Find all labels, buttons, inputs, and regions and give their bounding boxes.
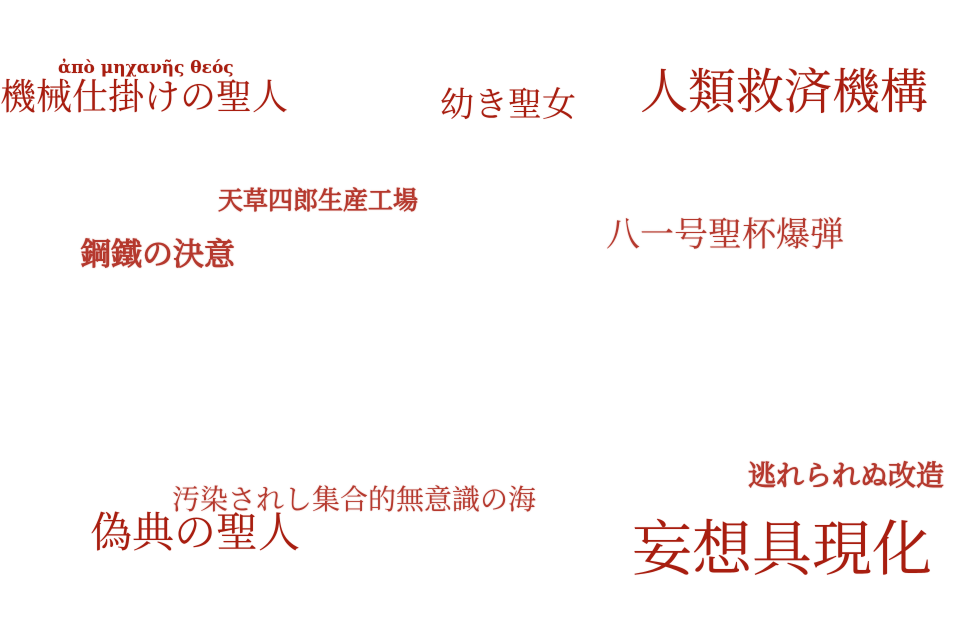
steel-resolve-label: 鋼鐵の決意 xyxy=(80,240,235,271)
amakusa-factory-label: 天草四郎生産工場 xyxy=(218,188,418,213)
greek-subtitle-label: ἀπὸ μηχανῆς θεός xyxy=(58,60,234,77)
grail-bomb-label: 八一号聖杯爆弾 xyxy=(606,218,844,252)
young-saint-label: 幼き聖女 xyxy=(440,88,576,122)
machine-saint-label: 機械仕掛けの聖人 xyxy=(0,80,288,116)
inescapable-mod-label: 逃れられぬ改造 xyxy=(748,462,944,490)
salvation-org-label: 人類救済機構 xyxy=(640,68,928,116)
apocryphal-saint-label: 偽典の聖人 xyxy=(90,512,300,554)
delusion-manifest-label: 妄想具現化 xyxy=(632,520,932,580)
